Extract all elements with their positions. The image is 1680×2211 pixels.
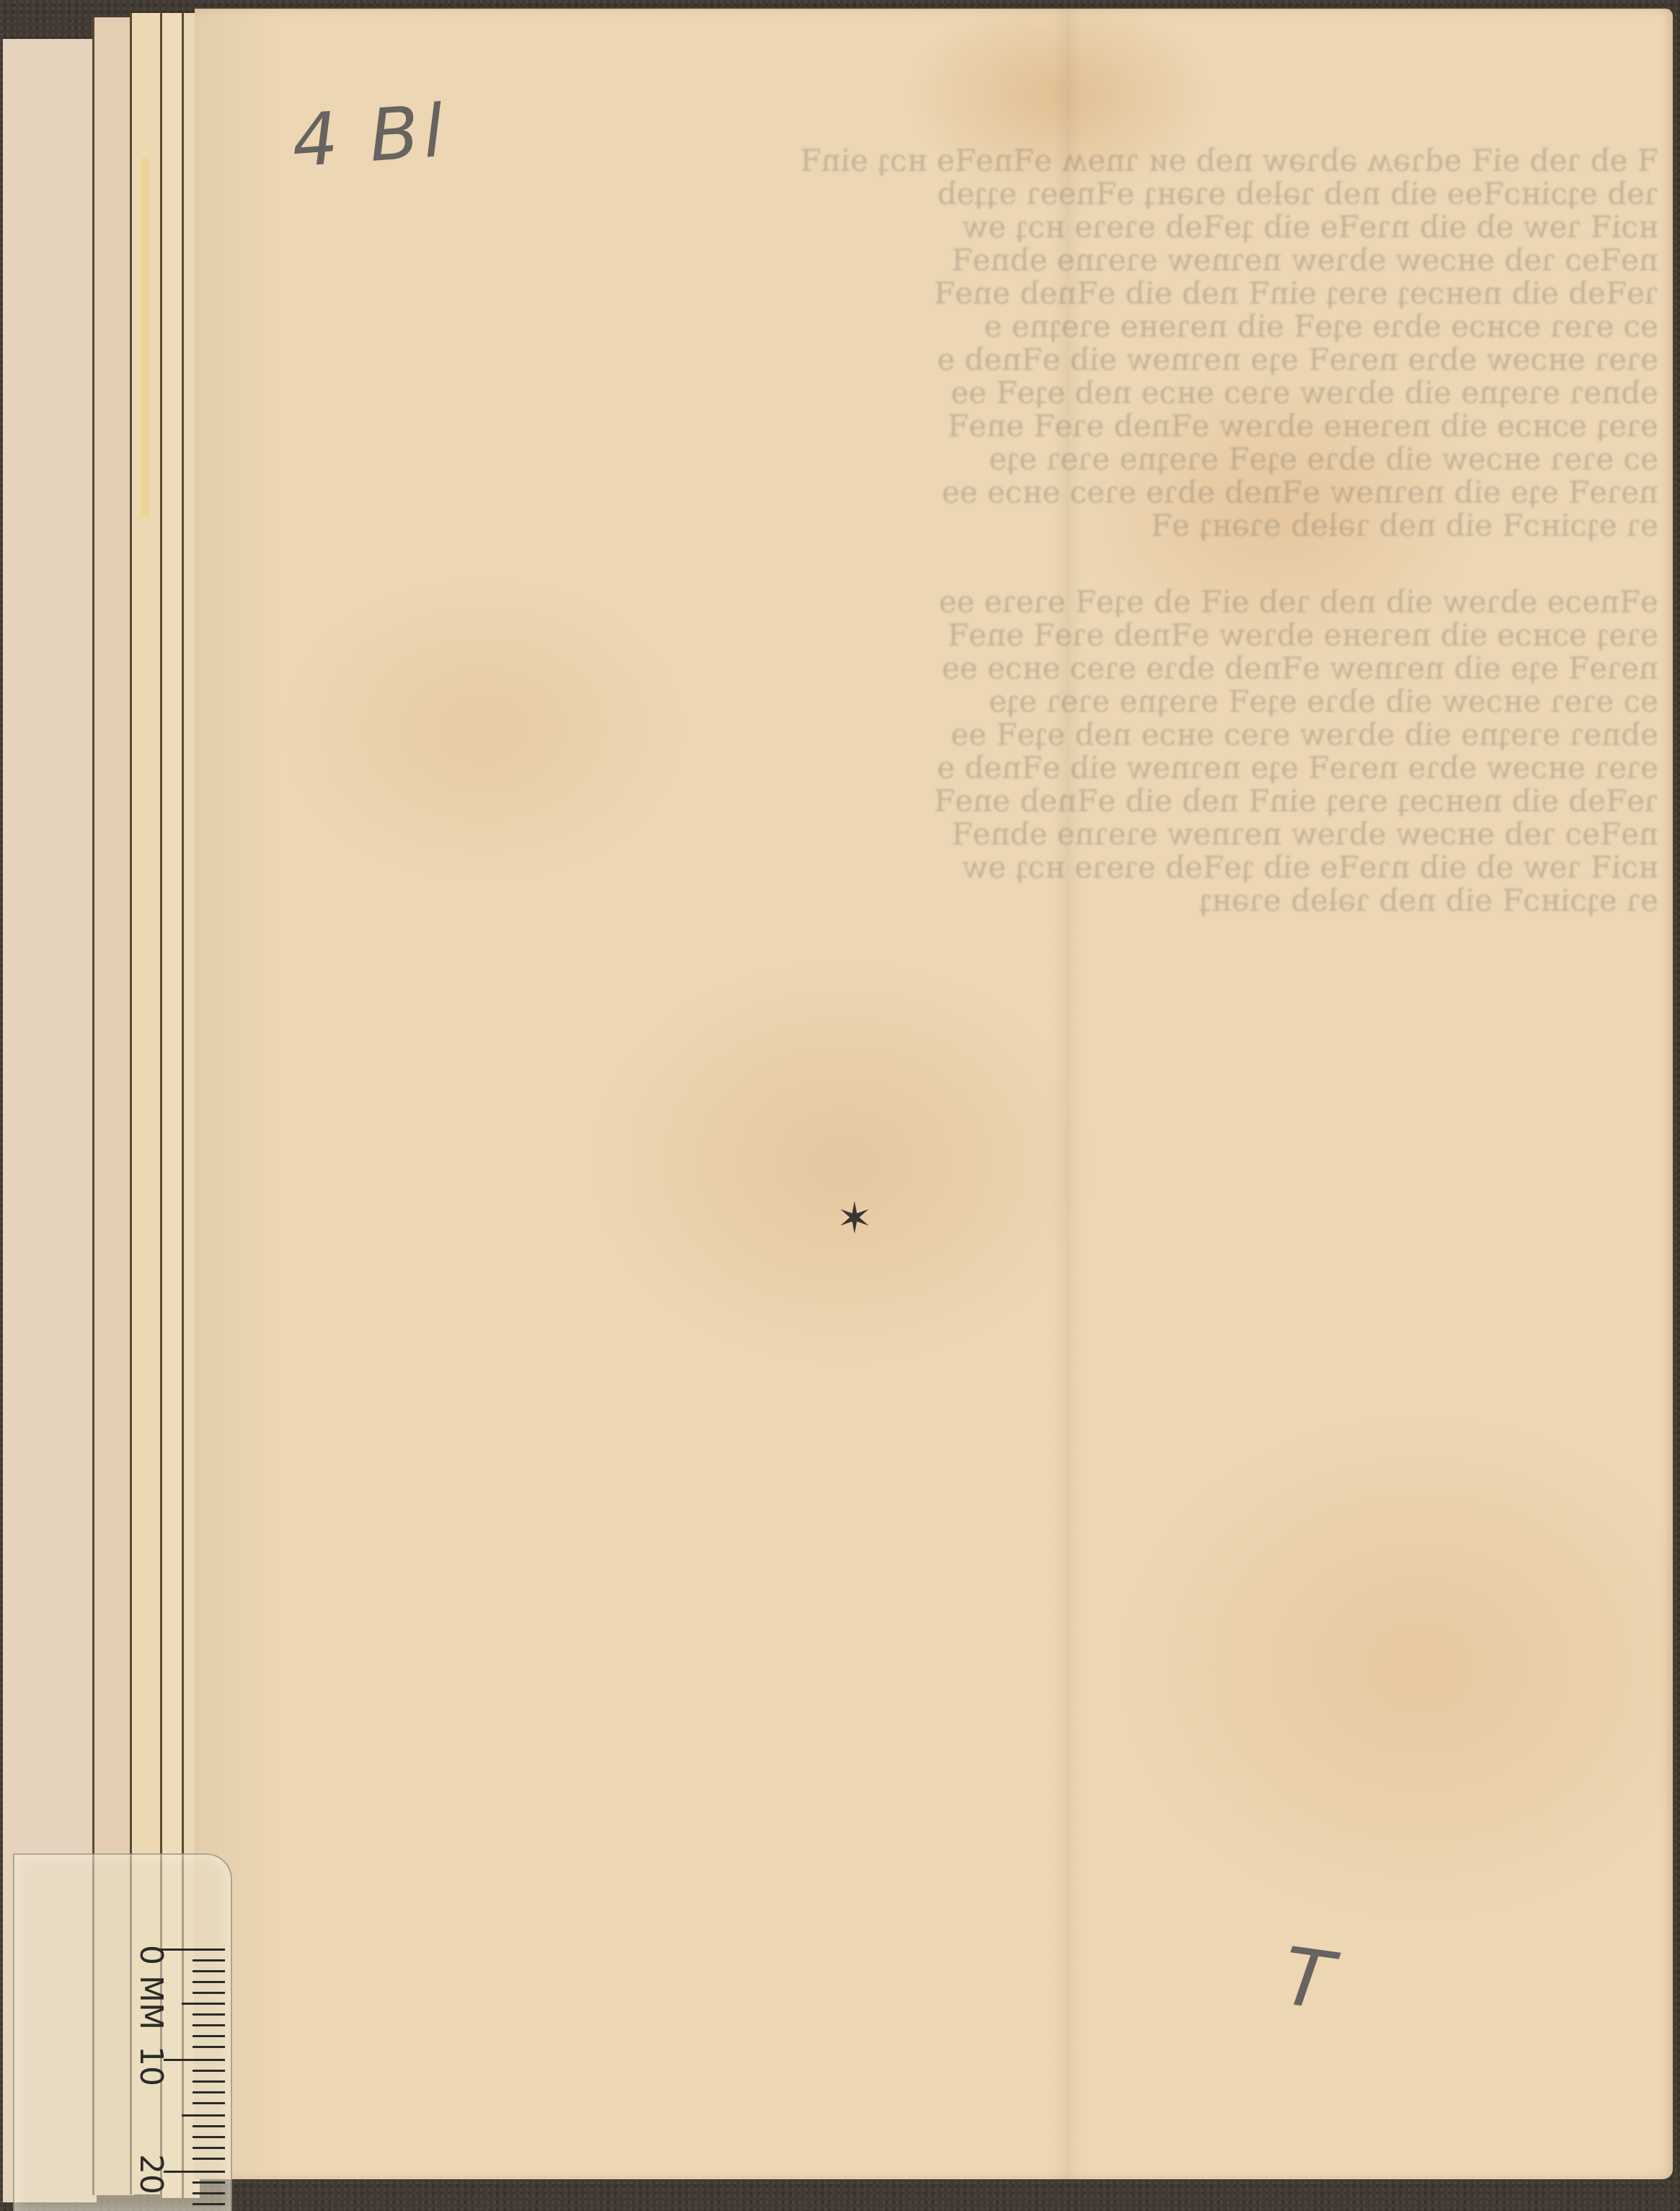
ruler-tick <box>160 1949 225 1951</box>
ruler-tick <box>193 1981 225 1983</box>
ruler-tick <box>193 1970 225 1972</box>
show-through-text: ꟻ ɘb ɿɘb ɘiꟻ ɘdɿǝʍ ǝbɿǝw nɘb ɘᴎ ɿnɘʍ ɘꟻn… <box>231 144 1658 917</box>
ruler-mark-20: 20 <box>133 2154 169 2194</box>
ruler-tick <box>193 2181 225 2184</box>
ruler-tick <box>193 1959 225 1961</box>
ruler-tick <box>193 2136 225 2138</box>
ruler-tick <box>193 2035 225 2037</box>
ruler-tick <box>193 2070 225 2072</box>
ruler-tick <box>193 2024 225 2026</box>
ruler-tick <box>193 2158 225 2160</box>
yellow-stain <box>141 157 149 518</box>
measurement-ruler: 0 MM 10 20 <box>13 1853 232 2211</box>
ruler-tick <box>193 2203 225 2205</box>
ruler-tick <box>193 2125 225 2127</box>
ruler-mark-10: 10 <box>133 2046 169 2086</box>
ruler-tick <box>182 2114 225 2117</box>
ink-blot: ✶ <box>836 1197 872 1248</box>
ruler-tick <box>193 2080 225 2083</box>
pencil-annotation-top: 4 Bl <box>289 89 450 184</box>
ruler-tick <box>193 2046 225 2048</box>
ruler-tick <box>193 2102 225 2104</box>
ruler-unit-label: 0 MM <box>133 1945 169 2030</box>
ruler-tick <box>164 2171 225 2173</box>
ruler-tick <box>193 2091 225 2093</box>
ruler-tick <box>182 2003 225 2005</box>
ruler-tick <box>164 2059 225 2061</box>
ruler-tick <box>193 2192 225 2194</box>
ruler-tick <box>193 2147 225 2149</box>
ruler-tick <box>193 2013 225 2016</box>
ruler-tick <box>193 1992 225 1994</box>
